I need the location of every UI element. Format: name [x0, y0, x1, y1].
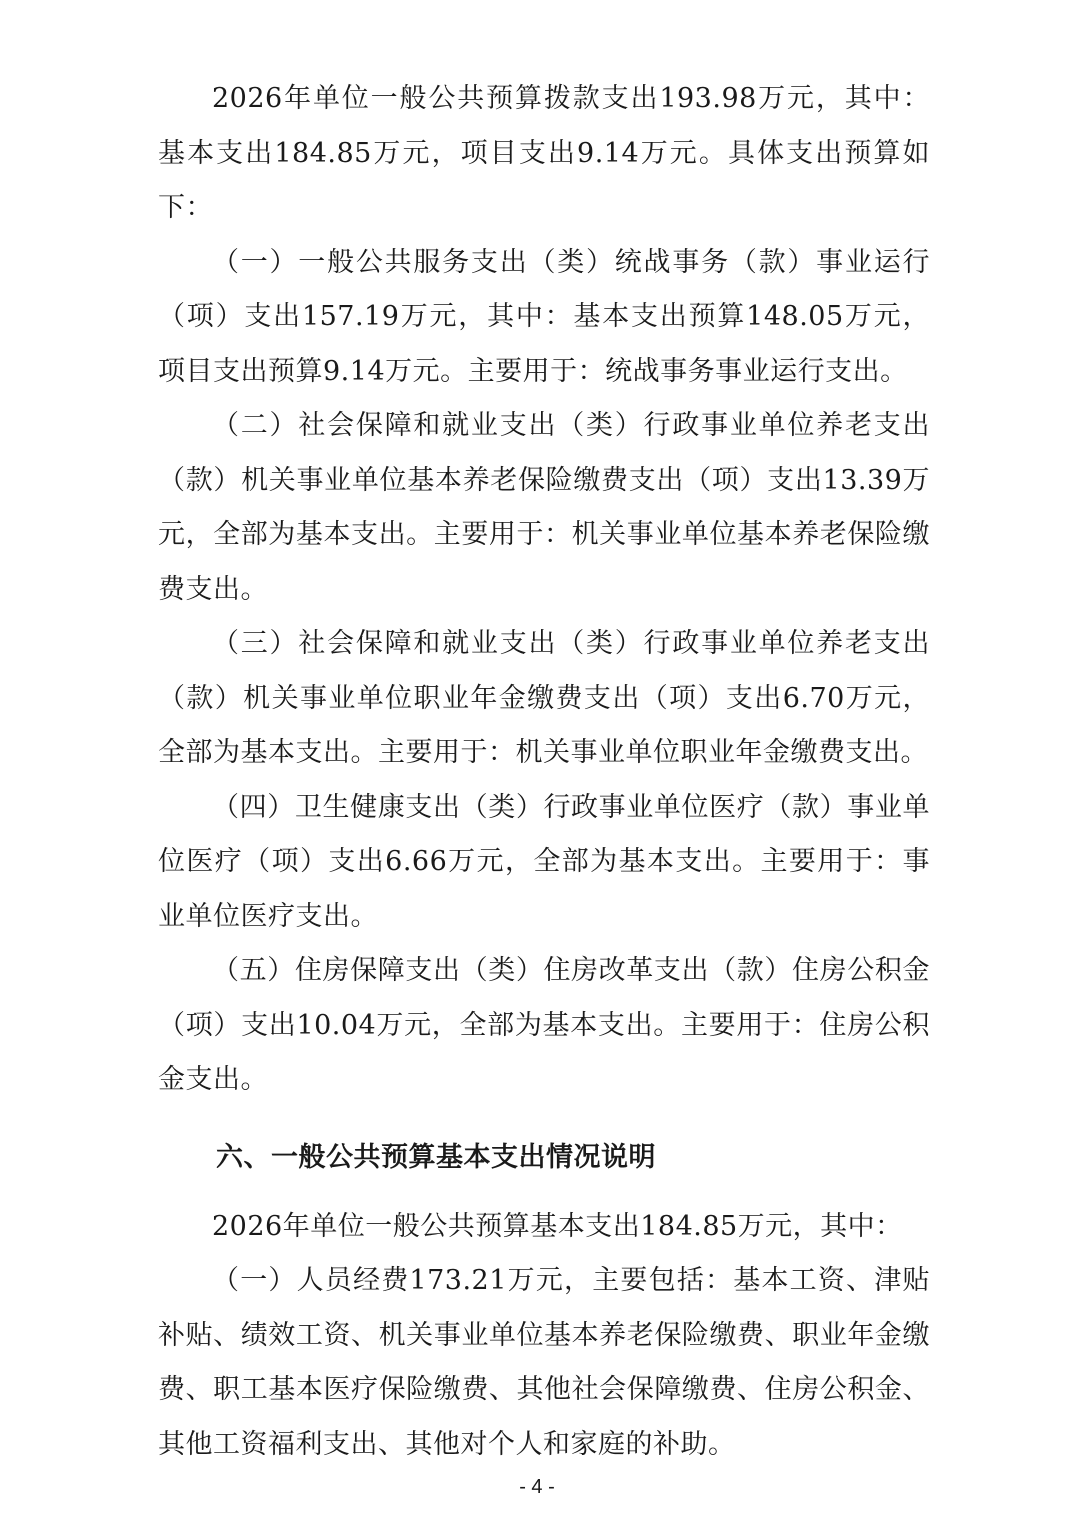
paragraph-occupational-annuity: （三）社会保障和就业支出（类）行政事业单位养老支出（款）机关事业单位职业年金缴费…	[158, 617, 930, 781]
document-page: 2026年单位一般公共预算拨款支出193.98万元，其中：基本支出184.85万…	[158, 72, 930, 1472]
section-heading: 六、一般公共预算基本支出情况说明	[158, 1138, 930, 1178]
paragraph-housing-fund: （五）住房保障支出（类）住房改革支出（款）住房公积金（项）支出10.04万元，全…	[158, 944, 930, 1108]
paragraph-general-public-services: （一）一般公共服务支出（类）统战事务（款）事业运行（项）支出157.19万元，其…	[158, 236, 930, 400]
paragraph-personnel-expenses: （一）人员经费173.21万元，主要包括：基本工资、津贴补贴、绩效工资、机关事业…	[158, 1254, 930, 1472]
paragraph-budget-total: 2026年单位一般公共预算拨款支出193.98万元，其中：基本支出184.85万…	[158, 72, 930, 236]
paragraph-health-medical: （四）卫生健康支出（类）行政事业单位医疗（款）事业单位医疗（项）支出6.66万元…	[158, 781, 930, 945]
page-number: - 4 -	[0, 1476, 1074, 1499]
paragraph-pension-insurance: （二）社会保障和就业支出（类）行政事业单位养老支出（款）机关事业单位基本养老保险…	[158, 399, 930, 617]
paragraph-basic-expenditure-total: 2026年单位一般公共预算基本支出184.85万元，其中：	[158, 1200, 930, 1255]
